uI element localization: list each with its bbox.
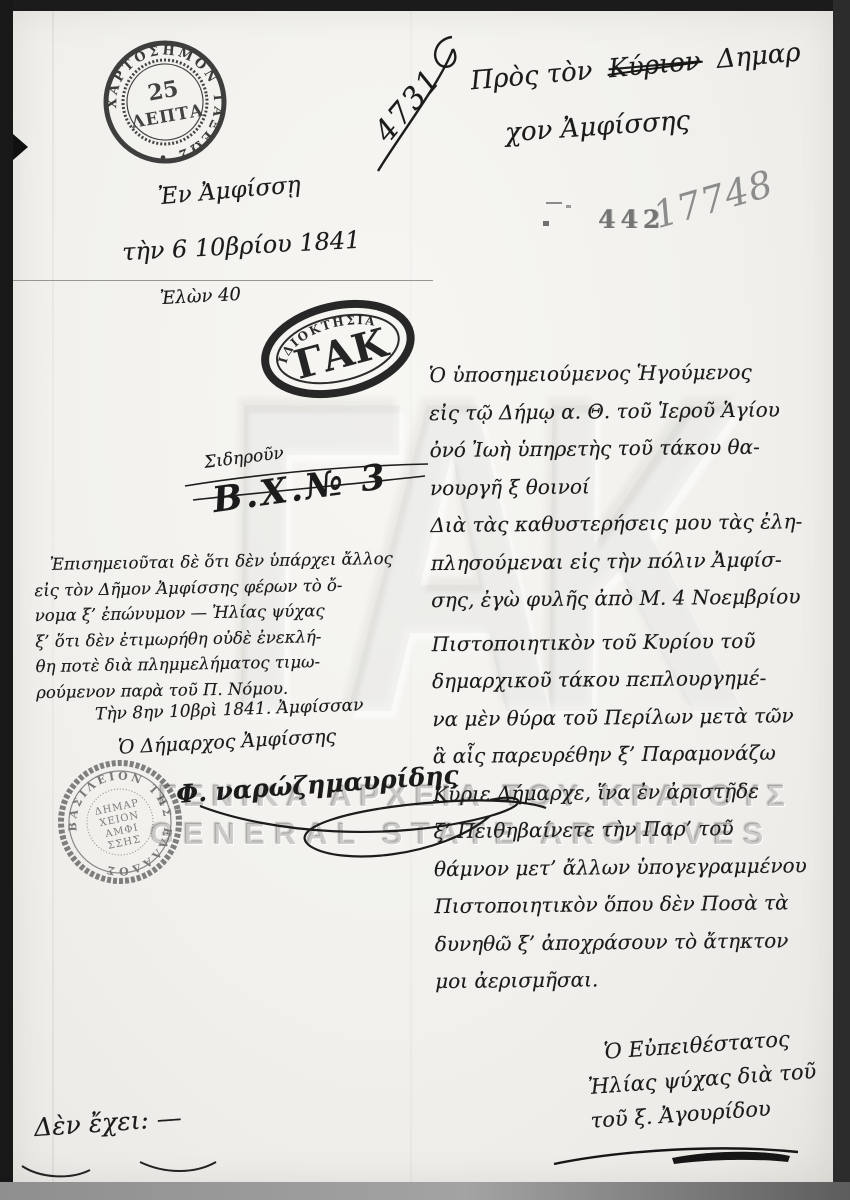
body-line: δημαρχικοῦ τάκου πεπλουργημέ- bbox=[432, 659, 837, 701]
pencil-dot bbox=[543, 221, 549, 226]
municipality-stamp: ΒΑΣΙΛΕΙΟΝ ΤΗΣ ΕΛΛΑΔΟΣ ΔΗΜΑΡ ΧΕΙΟΝ ΑΜΦΙ Σ… bbox=[39, 741, 200, 902]
closing-block: Ὁ Εὐπειθέστατος Ἠλίας ψύχας διὰ τοῦ τοῦ … bbox=[585, 1020, 820, 1138]
pencil-dash bbox=[546, 202, 562, 204]
body-line: μοι ἀερισμῆσαι. bbox=[435, 959, 840, 1001]
pencil-dot bbox=[566, 205, 571, 208]
closing-underline-flourish bbox=[552, 1138, 802, 1172]
margin-note: Ἐπισημειοῦται δὲ ὅτι δὲν ὑπάρχει ἄλλος ε… bbox=[34, 546, 397, 705]
revenue-stamp-value: 25 bbox=[146, 76, 181, 107]
dateline-rule bbox=[13, 280, 433, 281]
scanned-document: ΓΑΚ ΓΕΝΙΚΑ ΑΡΧΕΙΑ ΤΟΥ ΚΡΑΤΟΥΣ GENERAL ST… bbox=[0, 0, 850, 1200]
scan-edge-bottom bbox=[0, 1182, 850, 1200]
dateline-ref: Ἐλὼν 40 bbox=[160, 284, 242, 309]
body-line: Πιστοποιητικὸν τοῦ Κυρίου τοῦ bbox=[431, 621, 836, 663]
body-line: δυνηθῶ ξ’ ἀποχράσουν τὸ ἄτηκτον bbox=[435, 921, 840, 963]
revenue-stamp: ΧΑΡΤΟΣΗΜΟΝ ΤΑΞΕΩΣ • 25 ΛΕΠΤΑ bbox=[99, 36, 231, 168]
body-line: ὀνό Ἰωὴ ὑπηρετὴς τοῦ τάκου θα- bbox=[429, 428, 834, 470]
body-line: ἃ αἷς παρευρέθην ξ’ Παραμονάζω bbox=[433, 734, 838, 776]
body-line: Διὰ τὰς καθυστερήσεις μου τὰς ἐλη- bbox=[430, 503, 835, 545]
body-line: σης, ἐγὼ φυλῆς ἀπὸ Μ. 4 Νοεμβρίου bbox=[431, 578, 836, 620]
body-line: Κύριε Δήμαρχε, ἵνα ἐν ἀριστῇδε bbox=[433, 771, 838, 813]
scan-edge-top bbox=[0, 0, 850, 11]
body-line: ξ’ Πειθηβαίνετε τὴν Παρ’ τοῦ bbox=[433, 809, 838, 851]
body-line: Πιστοποιητικὸν ὅπου δὲν Ποσὰ τὰ bbox=[434, 884, 839, 926]
body-line: νουργῆ ξ θοινοί bbox=[430, 465, 835, 507]
body-line: πλησούμεναι εἰς τὴν πόλιν Ἀμφίσ- bbox=[431, 540, 836, 582]
body-line: θάμνον μετ’ ἄλλων ὑπογεγραμμένου bbox=[434, 846, 839, 888]
body-line: να μὲν θύρα τοῦ Περίλων μετὰ τῶν bbox=[432, 696, 837, 738]
petition-body: Ὁ ὑποσημειούμενος Ἡγούμενος εἰς τῷ Δήμῳ … bbox=[429, 353, 841, 1001]
body-line: Ὁ ὑποσημειούμενος Ἡγούμενος bbox=[429, 353, 834, 395]
scan-edge-left bbox=[0, 0, 13, 1200]
revenue-stamp-unit: ΛΕΠΤΑ bbox=[129, 101, 205, 134]
scan-edge-right bbox=[833, 0, 850, 1200]
body-line: εἰς τῷ Δήμῳ α. Θ. τοῦ Ἱεροῦ Ἁγίου bbox=[429, 390, 834, 432]
